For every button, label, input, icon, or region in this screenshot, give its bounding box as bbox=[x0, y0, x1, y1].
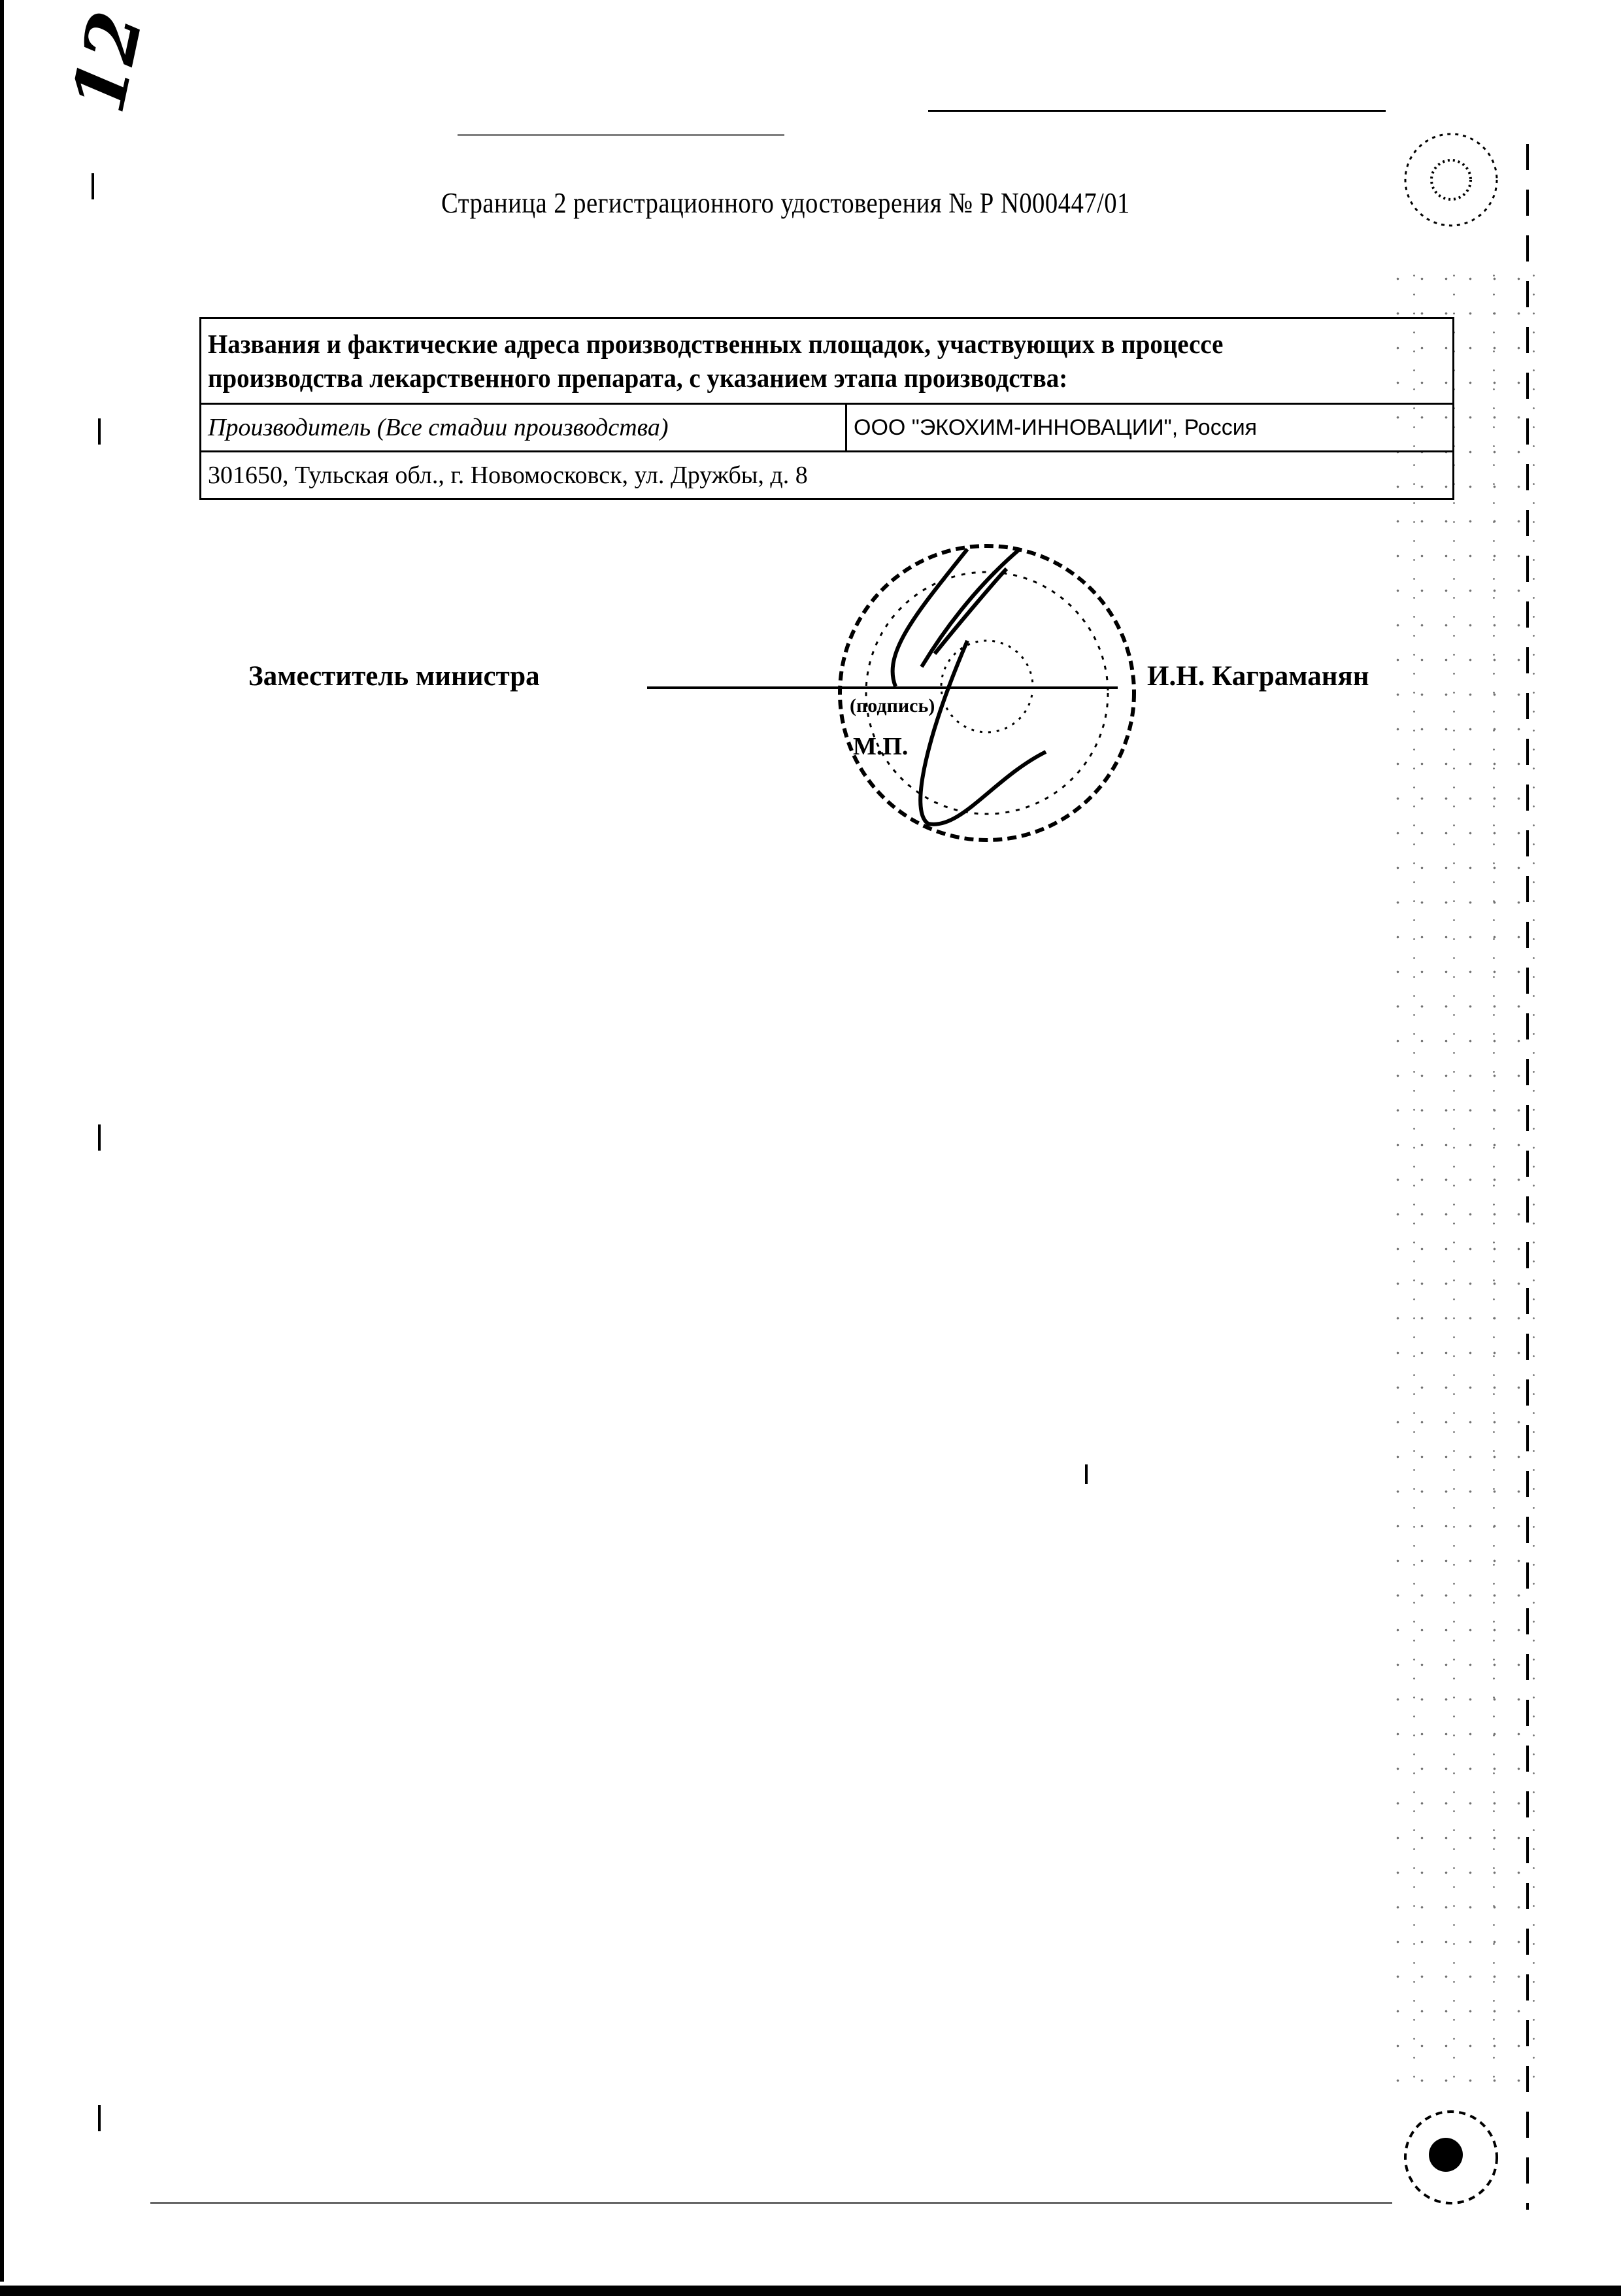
scan-bottom-edge bbox=[0, 2286, 1621, 2296]
scan-right-edge bbox=[1526, 144, 1529, 2210]
seal-caption: М.П. bbox=[853, 732, 908, 761]
production-sites-table: Названия и фактические адреса производст… bbox=[199, 317, 1454, 500]
scan-speck bbox=[1085, 1464, 1088, 1484]
scan-noise bbox=[1386, 262, 1536, 2092]
signer-position-title: Заместитель министра bbox=[248, 660, 540, 692]
manufacturer-role-cell: Производитель (Все стадии производства) bbox=[201, 404, 846, 452]
partial-seal-bottom-icon bbox=[1399, 2092, 1503, 2223]
scan-left-edge bbox=[0, 0, 4, 2282]
scan-speck bbox=[98, 418, 101, 445]
signer-name: И.Н. Каграманян bbox=[1147, 660, 1369, 692]
scan-artifact-line bbox=[928, 110, 1386, 112]
scan-artifact-line bbox=[150, 2202, 1392, 2204]
handwritten-page-number: 12 bbox=[62, 6, 153, 119]
scan-artifact-line bbox=[458, 134, 784, 136]
signature-caption: (подпись) bbox=[850, 695, 935, 717]
table-row: Производитель (Все стадии производства) … bbox=[201, 404, 1454, 452]
table-header-text: Названия и фактические адреса производст… bbox=[208, 327, 1384, 395]
manufacturer-address-cell: 301650, Тульская обл., г. Новомосковск, … bbox=[201, 452, 1454, 499]
scan-speck bbox=[98, 1124, 101, 1151]
table-row: 301650, Тульская обл., г. Новомосковск, … bbox=[201, 452, 1454, 499]
scan-speck bbox=[92, 173, 94, 199]
page-header: Страница 2 регистрационного удостоверени… bbox=[441, 186, 1130, 220]
official-seal-icon bbox=[830, 536, 1144, 850]
signature-line bbox=[647, 686, 1118, 689]
table-header: Названия и фактические адреса производст… bbox=[201, 318, 1454, 404]
partial-seal-top-icon bbox=[1386, 105, 1503, 255]
manufacturer-organization-cell: ООО "ЭКОХИМ-ИННОВАЦИИ", Россия bbox=[846, 404, 1454, 452]
scan-speck bbox=[98, 2105, 101, 2131]
